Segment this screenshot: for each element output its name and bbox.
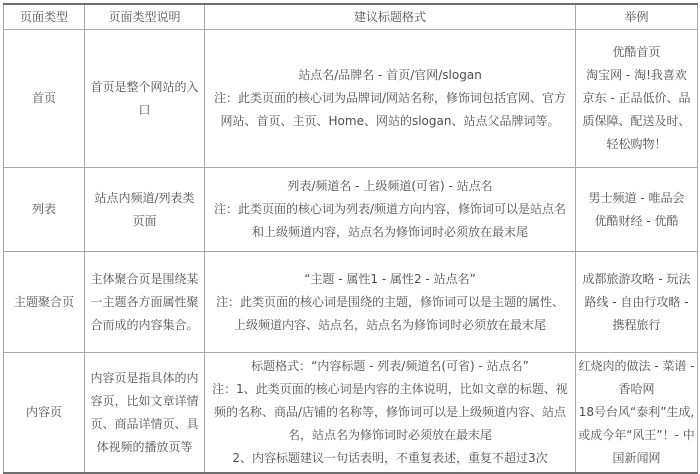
format-note: 注：此类页面的核心词为品牌词/网站名称，修饰词包括官网、官方网站、首页、主页、H… (211, 87, 569, 133)
cell-title-format: 列表/频道名 - 上级频道(可省) - 站点名 注：此类页面的核心词为列表/频道… (205, 168, 576, 252)
table-row-homepage: 首页 首页是整个网站的入口 站点名/品牌名 - 首页/官网/slogan 注：此… (4, 30, 698, 168)
table-row-list: 列表 站点内频道/列表类页面 列表/频道名 - 上级频道(可省) - 站点名 注… (4, 168, 698, 252)
example-item: 成都旅游攻略 - 玩法路线 - 自由行攻略 - 携程旅行 (577, 268, 696, 337)
page-type-label: 首页 (8, 87, 80, 110)
example-item: 优酷财经 - 优酷 (577, 210, 696, 233)
format-note: 注：1、此类页面的核心词是内容的主体说明，比如文章的标题、视频的名称、商品/店铺… (211, 378, 569, 447)
column-header-title-format: 建议标题格式 (205, 4, 576, 30)
example-item: 淘宝网 - 淘!我喜欢 (577, 64, 696, 87)
cell-page-type: 内容页 (4, 353, 85, 474)
cell-title-format: “主题 - 属性1 - 属性2 - 站点名” 注：此类页面的核心词是围绕的主题，… (205, 252, 576, 353)
format-note: 注：此类页面的核心词为列表/频道方向内容，修饰词可以是站点名和上级频道内容，站点… (211, 198, 569, 244)
cell-page-type: 首页 (4, 30, 85, 168)
cell-examples: 红烧肉的做法 - 菜谱 - 香哈网 18号台风“泰利”生成,或成今年“风王”！-… (576, 353, 698, 474)
header-row: 页面类型 页面类型说明 建议标题格式 举例 (4, 4, 698, 30)
page-type-label: 内容页 (8, 401, 80, 424)
cell-examples: 优酷首页 淘宝网 - 淘!我喜欢 京东 - 正品低价、品质保障、配送及时、轻松购… (576, 30, 698, 168)
page-background: 页面类型 页面类型说明 建议标题格式 举例 首页 首页是整个网站的入口 站点名/… (0, 0, 700, 460)
type-description-text: 首页是整个网站的入口 (89, 76, 200, 122)
example-item: 红烧肉的做法 - 菜谱 - 香哈网 (577, 355, 696, 401)
page-type-label: 列表 (8, 198, 80, 221)
example-item: 优酷首页 (577, 41, 696, 64)
cell-title-format: 标题格式：“内容标题 - 列表/频道名(可省) - 站点名” 注：1、此类页面的… (205, 353, 576, 474)
table-row-content-page: 内容页 内容页是指具体的内容页，比如文章详情页、商品详情页、具体视频的播放页等 … (4, 353, 698, 474)
type-description-text: 主体聚合页是围绕某一主题各方面属性聚合而成的内容集合。 (89, 268, 200, 337)
cell-type-description: 站点内频道/列表类页面 (85, 168, 205, 252)
format-pattern: 站点名/品牌名 - 首页/官网/slogan (211, 64, 569, 87)
format-pattern: 标题格式：“内容标题 - 列表/频道名(可省) - 站点名” (211, 355, 569, 378)
example-item: 京东 - 正品低价、品质保障、配送及时、轻松购物！ (577, 87, 696, 156)
type-description-text: 站点内频道/列表类页面 (89, 187, 200, 233)
cell-examples: 男士频道 - 唯品会 优酷财经 - 优酷 (576, 168, 698, 252)
column-header-page-type: 页面类型 (4, 4, 85, 30)
page-type-title-table: 页面类型 页面类型说明 建议标题格式 举例 首页 首页是整个网站的入口 站点名/… (3, 3, 698, 474)
type-description-text: 内容页是指具体的内容页，比如文章详情页、商品详情页、具体视频的播放页等 (89, 367, 200, 459)
format-pattern: “主题 - 属性1 - 属性2 - 站点名” (211, 268, 569, 291)
example-item: 男士频道 - 唯品会 (577, 187, 696, 210)
cell-page-type: 列表 (4, 168, 85, 252)
column-header-examples: 举例 (576, 4, 698, 30)
cell-title-format: 站点名/品牌名 - 首页/官网/slogan 注：此类页面的核心词为品牌词/网站… (205, 30, 576, 168)
page-type-label: 主题聚合页 (8, 291, 80, 314)
format-note-2: 2、内容标题建议一句话表明，不重复表述，重复不超过3次 (211, 447, 569, 470)
format-note: 注：此类页面的核心词是围绕的主题，修饰词可以是主题的属性、上级频道内容、站点名，… (211, 291, 569, 337)
format-pattern: 列表/频道名 - 上级频道(可省) - 站点名 (211, 175, 569, 198)
column-header-type-description: 页面类型说明 (85, 4, 205, 30)
cell-examples: 成都旅游攻略 - 玩法路线 - 自由行攻略 - 携程旅行 (576, 252, 698, 353)
table-row-topic-aggregation: 主题聚合页 主体聚合页是围绕某一主题各方面属性聚合而成的内容集合。 “主题 - … (4, 252, 698, 353)
cell-type-description: 内容页是指具体的内容页，比如文章详情页、商品详情页、具体视频的播放页等 (85, 353, 205, 474)
cell-type-description: 首页是整个网站的入口 (85, 30, 205, 168)
cell-type-description: 主体聚合页是围绕某一主题各方面属性聚合而成的内容集合。 (85, 252, 205, 353)
cell-page-type: 主题聚合页 (4, 252, 85, 353)
